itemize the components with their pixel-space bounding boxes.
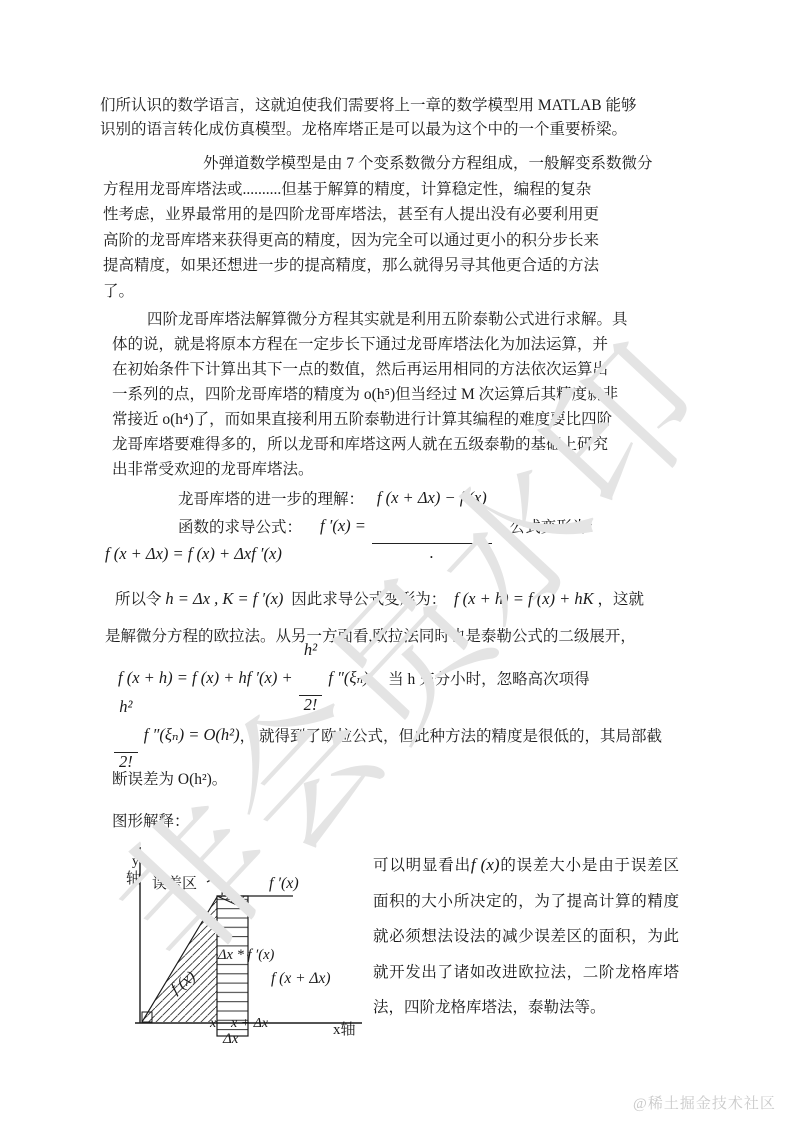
text-line: 是解微分方程的欧拉法。从另一方面看,欧拉法同时也是泰勒公式的二级展开， — [105, 618, 644, 655]
taylor-formula: f (x + h) = f (x) + hf ′(x) + h² 2! f ″(… — [118, 655, 590, 701]
taylor-comma: ， — [369, 667, 385, 689]
text-line: 四阶龙哥库塔法解算微分方程其实就是利用五阶泰勒公式进行求解。具 — [112, 307, 628, 332]
text-line: 体的说，就是将原本方程在一定步长下通过龙哥库塔法化为加法运算，并 — [112, 332, 628, 357]
euler-seg5: ，这就 — [594, 591, 644, 608]
derivative-lhs: f ′(x) = — [320, 516, 366, 536]
error-region-label: 误差区 — [152, 875, 197, 892]
text-line: 们所认识的数学语言，这就迫使我们需要将上一章的数学模型用 MATLAB 能够 — [100, 94, 636, 118]
text-line: 性考虑，业界最常用的是四阶龙哥库塔法，甚至有人提出没有必要利用更 — [103, 202, 653, 228]
explanation-fx-math: f (x) — [471, 855, 500, 874]
y-axis-letter-label: y — [132, 854, 139, 869]
xdx-tick-label: x + Δx — [230, 1016, 269, 1031]
strip-column — [217, 896, 248, 1036]
fraction-denominator: . — [372, 543, 492, 563]
text-line: 在初始条件下计算出其下一点的数值，然后再运用相同的方法依次运算出 — [112, 357, 628, 382]
taylor-lhs: f (x + h) = f (x) + hf ′(x) + — [118, 668, 293, 688]
truncation-error-line: 断误差为 O(h²)。 — [112, 767, 227, 789]
text-line: 外弹道数学模型是由 7 个变系数微分方程组成，一般解变系数微分 — [103, 151, 653, 177]
paragraph-ballistics-model: 外弹道数学模型是由 7 个变系数微分方程组成，一般解变系数微分 方程用龙哥库塔法… — [103, 151, 653, 305]
text-line: 提高精度，如果还想进一步的提高精度，那么就得另寻其他更合适的方法 — [103, 253, 653, 279]
figure-explanation-text: 可以明显看出f (x)的误差大小是由于误差区面积的大小所决定的，为了提高计算的精… — [373, 847, 679, 1026]
error-label-pointer — [207, 879, 222, 895]
result-text: 就得到了欧拉公式，但此种方法的精度是很低的，其局部截 — [255, 724, 662, 746]
paragraph-intro: 们所认识的数学语言，这就迫使我们需要将上一章的数学模型用 MATLAB 能够 识… — [100, 94, 636, 142]
taylor-suffix: 当 h 充分小时，忽略高次项得 — [384, 667, 589, 689]
dx-fprime-label: Δx * f ′(x) — [217, 947, 275, 963]
derivative-formula: 函数的求导公式： f ′(x) = f (x + Δx) − f (x) . 公… — [178, 503, 603, 549]
fxdx-label: f (x + Δx) — [271, 970, 331, 987]
dx-bottom-label: Δx — [222, 1031, 239, 1047]
euler-seg1: 所以令 — [105, 591, 165, 608]
fraction-numerator: h² — [114, 698, 138, 717]
text-line: 一系列的点，四阶龙哥库塔的精度为 o(h⁵)但当经过 M 次运算后其精度就非 — [112, 382, 628, 407]
text-line: 方程用龙哥库塔法或..........但基于解算的精度，计算稳定性，编程的复杂 — [103, 177, 653, 203]
fraction-numerator: h² — [299, 641, 323, 660]
explanation-seg1: 可以明显看出 — [373, 857, 471, 874]
community-credit: @稀土掘金技术社区 — [633, 1092, 776, 1113]
figure-heading: 图形解释： — [112, 809, 190, 831]
y-axis-char-label: 轴 — [126, 870, 141, 887]
euler-formula: f (x + h) = f (x) + hK — [454, 589, 594, 608]
explanation-seg2: 的误差大小是由于误差区面积的大小所决定的，为了提高计算的精度就必须想法设法的减少… — [373, 857, 679, 1016]
x-tick-label: x — [209, 1016, 217, 1031]
text-line: 所以令 h = Δx , K = f ′(x) 因此求导公式变形为： f (x … — [105, 580, 644, 618]
document-page: 们所认识的数学语言，这就迫使我们需要将上一章的数学模型用 MATLAB 能够 识… — [0, 0, 793, 1122]
x-axis-label: x轴 — [333, 1021, 356, 1038]
euler-let: h = Δx , K = f ′(x) — [165, 589, 283, 608]
text-line: 常接近 o(h⁴)了，而如果直接利用五阶泰勒进行计算其编程的难度要比四阶 — [112, 407, 628, 432]
formula-prefix: 函数的求导公式： — [178, 515, 302, 537]
euler-result-formula: h² 2! f ″(ξₙ) = O(h²) ， 就得到了欧拉公式，但此种方法的精… — [114, 712, 662, 758]
text-line: 识别的语言转化成仿真模型。龙格库塔正是可以最为这个中的一个重要桥梁。 — [100, 118, 636, 142]
derivative-fraction: f (x + Δx) − f (x) . — [372, 453, 492, 599]
text-line: 龙哥库塔要难得多的，所以龙哥和库塔这两人就在五级泰勒的基础上研究 — [112, 432, 628, 457]
text-line: 出非常受欢迎的龙哥库塔法。 — [112, 457, 628, 482]
result-comma: ， — [240, 724, 256, 746]
text-line: 高阶的龙哥库塔来获得更高的精度，因为完全可以通过更小的积分步长来 — [103, 228, 653, 254]
taylor-rhs: f ″(ξₙ) — [328, 668, 368, 688]
result-lhs: f ″(ξₙ) = O(h²) — [144, 725, 240, 745]
text-line: 了。 — [103, 279, 653, 305]
expanded-formula: f (x + Δx) = f (x) + Δxf ′(x) — [105, 544, 282, 564]
formula-suffix: 公式变形为： — [510, 515, 603, 537]
error-region-diagram: y 轴 误差区 f ′(x) f (x) Δx * f ′(x) f (x + … — [125, 843, 375, 1053]
fprime-label: f ′(x) — [269, 875, 299, 892]
fraction-numerator: f (x + Δx) − f (x) — [372, 489, 492, 508]
paragraph-euler: 所以令 h = Δx , K = f ′(x) 因此求导公式变形为： f (x … — [105, 580, 644, 655]
paragraph-runge-kutta: 四阶龙哥库塔法解算微分方程其实就是利用五阶泰勒公式进行求解。具 体的说，就是将原… — [112, 307, 628, 482]
